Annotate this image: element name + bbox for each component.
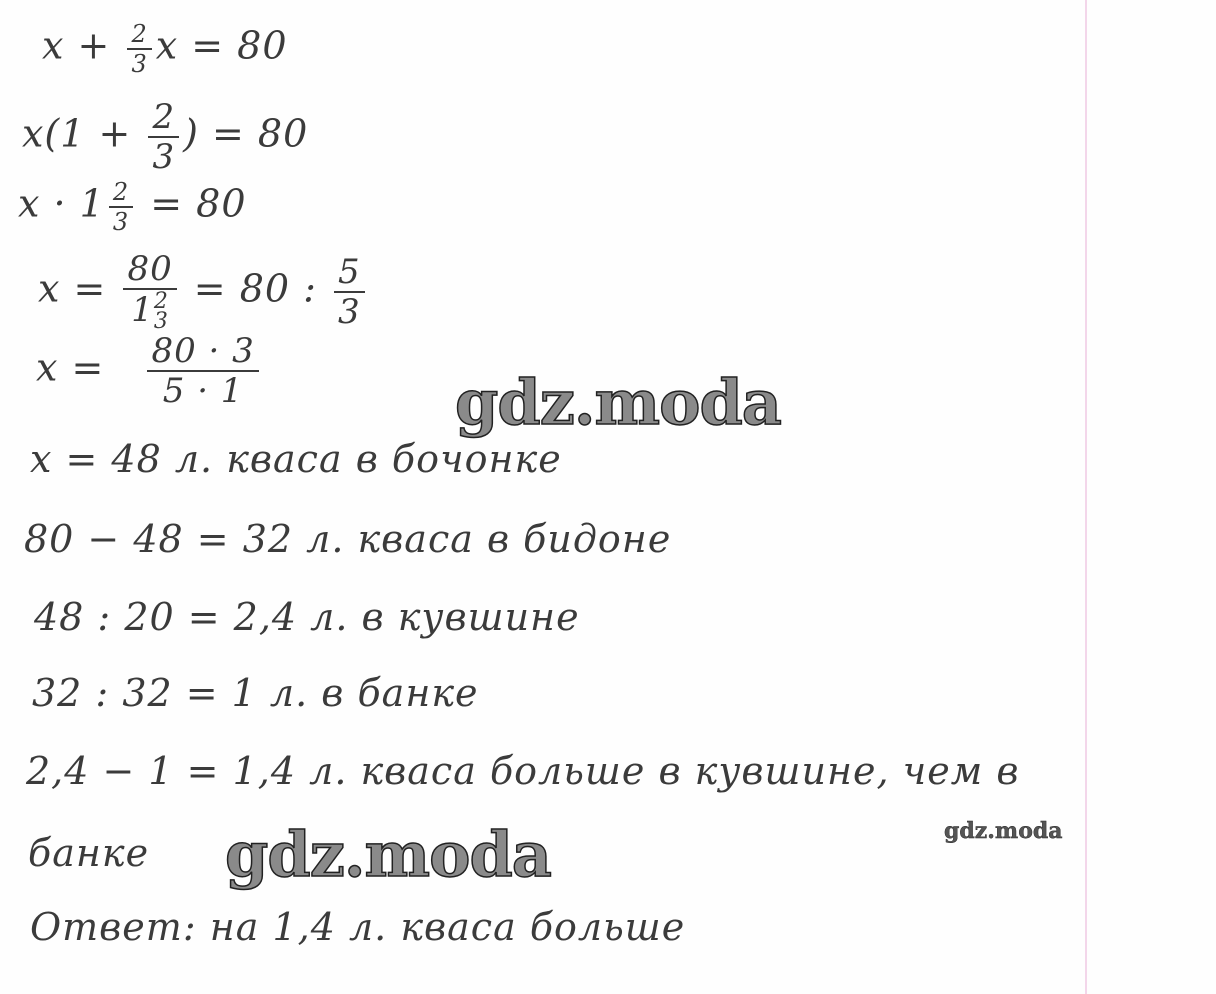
fraction: 23 xyxy=(148,100,179,174)
denominator: 3 xyxy=(127,50,151,76)
text-line-6: x = 48 л. кваса в бочонке xyxy=(30,440,562,478)
equation-line-4: x = 80123 = 80 : 53 xyxy=(38,252,369,332)
text: x = xyxy=(36,346,117,390)
watermark-bottom: gdz.moda xyxy=(225,818,551,891)
fraction: 23 xyxy=(127,22,151,76)
whole-part: 1 xyxy=(131,290,154,330)
fraction: 53 xyxy=(334,255,365,329)
equation-line-3: x · 123 = 80 xyxy=(18,180,247,234)
denominator: 123 xyxy=(123,290,176,332)
watermark-center: gdz.moda xyxy=(455,366,781,439)
answer-line: Ответ: на 1,4 л. кваса больше xyxy=(30,908,685,946)
fraction: 80123 xyxy=(123,252,176,332)
text-line-8: 48 : 20 = 2,4 л. в кувшине xyxy=(34,598,580,636)
numerator: 2 xyxy=(109,180,133,208)
denominator: 5 · 1 xyxy=(147,372,258,408)
text-line-10: 2,4 − 1 = 1,4 л. кваса больше в кувшине,… xyxy=(26,752,1020,790)
numerator: 80 xyxy=(123,252,176,290)
equation-line-1: x + 23x = 80 xyxy=(42,22,288,76)
denominator: 3 xyxy=(148,138,179,174)
text: x = 80 xyxy=(156,24,288,68)
fraction: 23 xyxy=(109,180,133,234)
margin-line xyxy=(1085,0,1087,994)
denominator: 3 xyxy=(109,208,133,234)
numerator: 2 xyxy=(127,22,151,50)
denominator: 3 xyxy=(154,312,169,332)
numerator: 2 xyxy=(148,100,179,138)
fraction: 80 · 35 · 1 xyxy=(147,334,258,408)
denominator: 3 xyxy=(334,293,365,329)
text: x(1 + xyxy=(22,112,144,156)
watermark-bottom-right: gdz.moda xyxy=(944,818,1063,844)
text-line-11: банке xyxy=(28,834,149,872)
text: ) = 80 xyxy=(183,112,308,156)
mixed-fraction: 23 xyxy=(154,292,169,332)
notebook-page: x + 23x = 80 x(1 + 23) = 80 x · 123 = 80… xyxy=(0,0,1216,994)
text: = 80 : xyxy=(181,266,330,310)
text: x + xyxy=(42,24,123,68)
equation-line-2: x(1 + 23) = 80 xyxy=(22,100,308,174)
equation-line-5: x = 80 · 35 · 1 xyxy=(36,334,263,408)
numerator: 80 · 3 xyxy=(147,334,258,372)
text-line-9: 32 : 32 = 1 л. в банке xyxy=(32,674,479,712)
numerator: 5 xyxy=(334,255,365,293)
text: x · 1 xyxy=(18,182,105,226)
text-line-7: 80 − 48 = 32 л. кваса в бидоне xyxy=(24,520,671,558)
text: x = xyxy=(38,266,119,310)
text: = 80 xyxy=(137,182,246,226)
